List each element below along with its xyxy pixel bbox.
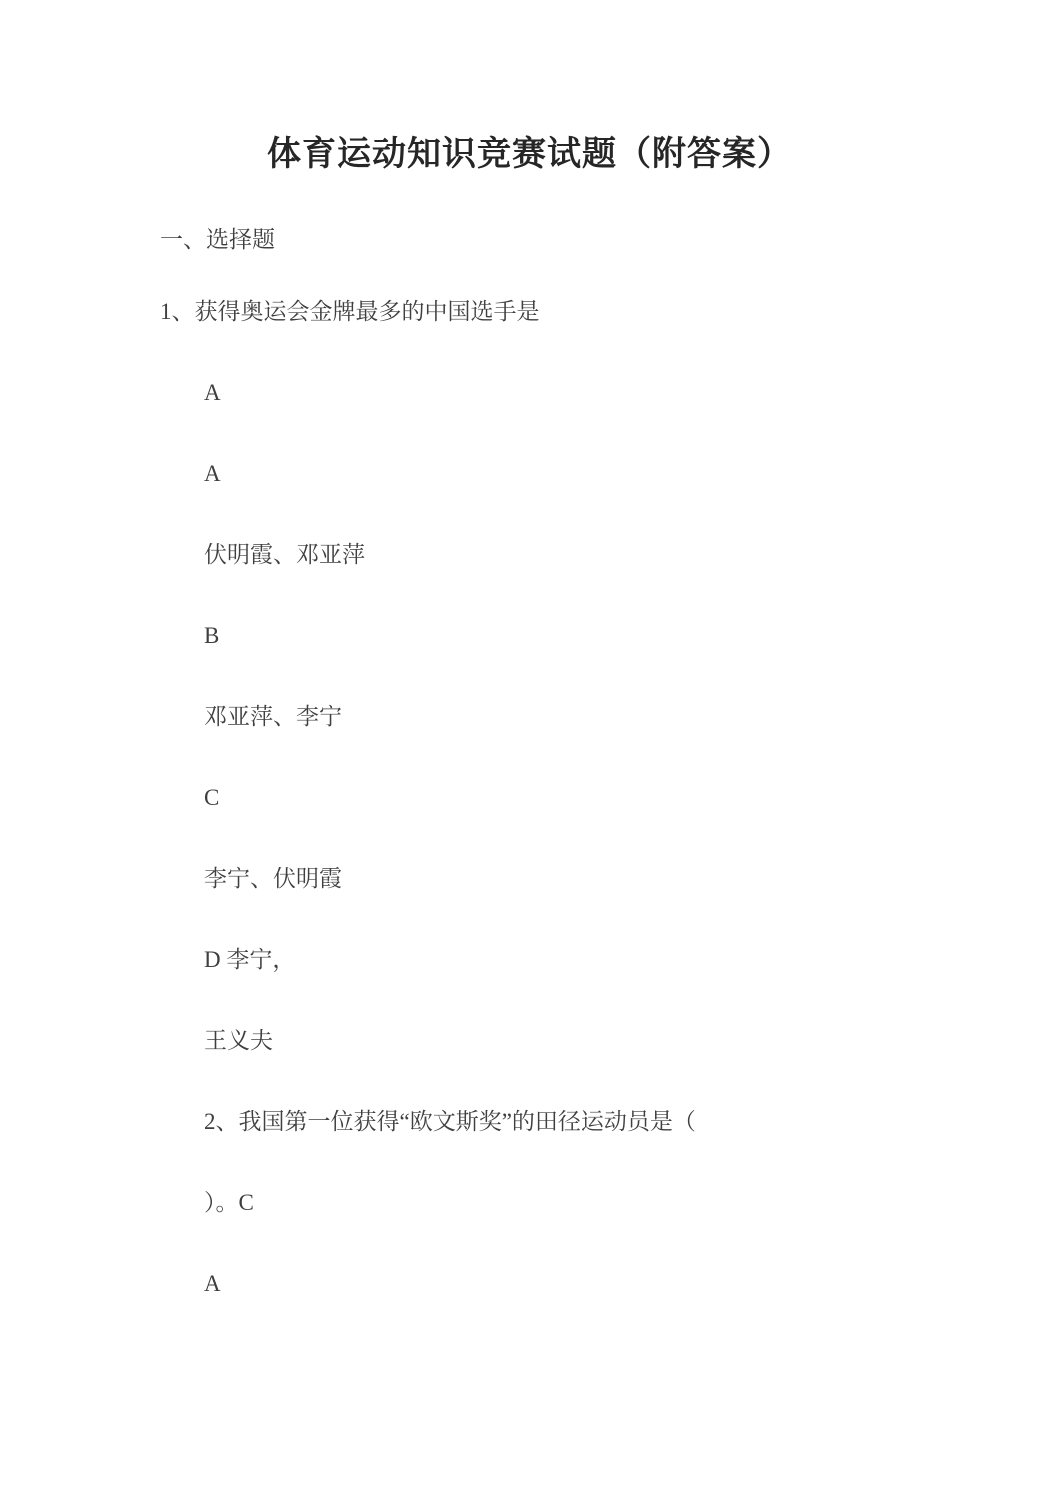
option-c-text: 李宁、伏明霞 bbox=[0, 838, 1059, 919]
option-c-label: C bbox=[0, 757, 1059, 838]
question-2-text: 2、我国第一位获得“欧文斯奖”的田径运动员是（ bbox=[0, 1081, 1059, 1162]
option-b-label: B bbox=[0, 595, 1059, 676]
question-1-text: 1、获得奥运会金牌最多的中国选手是 bbox=[0, 271, 1059, 352]
question-2-option-a-label: A bbox=[0, 1243, 1059, 1324]
option-a-text: 伏明霞、邓亚萍 bbox=[0, 514, 1059, 595]
option-d-text-continued: 王义夫 bbox=[0, 1000, 1059, 1081]
option-b-text: 邓亚萍、李宁 bbox=[0, 676, 1059, 757]
document-title: 体育运动知识竞赛试题（附答案） bbox=[0, 132, 1059, 178]
question-1-answer: A bbox=[0, 352, 1059, 433]
question-2-text-continued: ）。C bbox=[0, 1162, 1059, 1243]
option-a-label: A bbox=[0, 433, 1059, 514]
section-heading: 一、选择题 bbox=[0, 199, 1059, 280]
document-page: 体育运动知识竞赛试题（附答案） 一、选择题 1、获得奥运会金牌最多的中国选手是 … bbox=[0, 0, 1059, 1497]
option-d-text: D 李宁， bbox=[0, 919, 1059, 1000]
